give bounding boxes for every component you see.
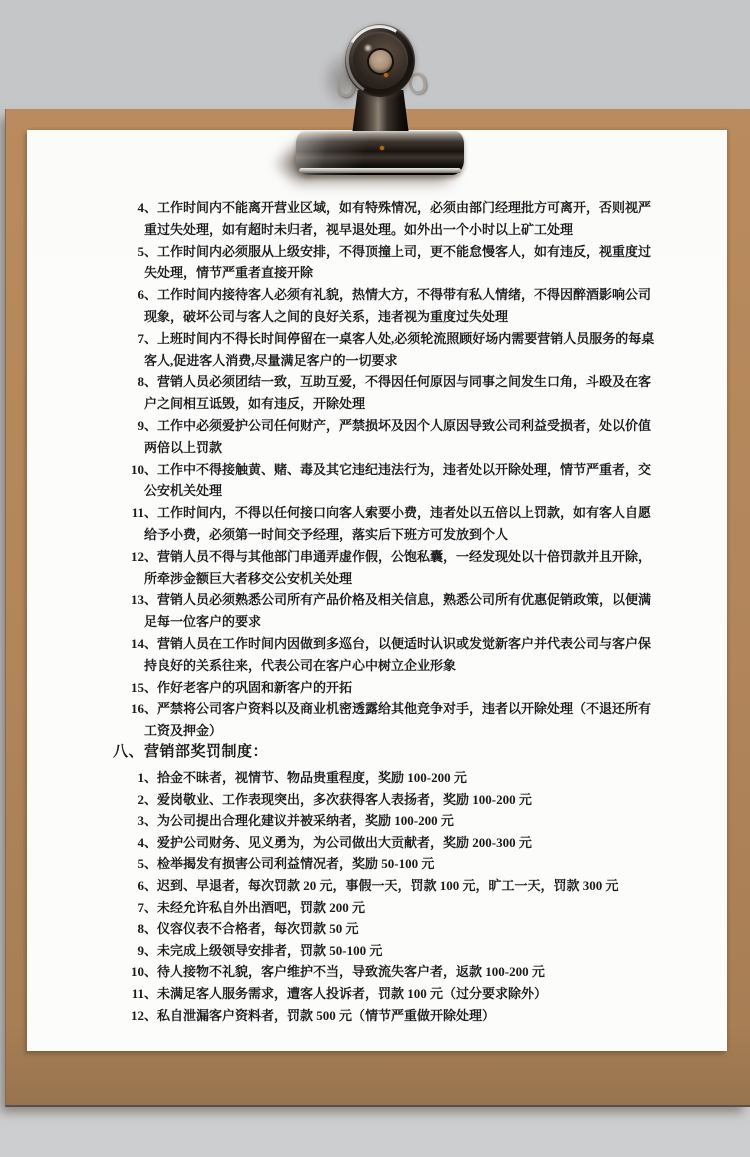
- rule-item: 7、未经允许私自外出酒吧，罚款 200 元: [104, 897, 656, 919]
- rule-text: 爱岗敬业、工作表现突出，多次获得客人表扬者，奖励 100-200 元: [157, 792, 532, 807]
- rule-text: 营销人员必须团结一致，互助互爱，不得因任何原因与同事之间发生口角，斗殴及在客户之…: [144, 374, 651, 411]
- rule-item: 5、工作时间内必须服从上级安排，不得顶撞上司，更不能怠慢客人，如有违反，视重度过…: [104, 241, 656, 285]
- rule-item: 6、工作时间内接待客人必须有礼貌，热情大方，不得带有私人情绪，不得因醉酒影响公司…: [104, 284, 656, 328]
- rule-number: 5、: [104, 853, 157, 875]
- reward-penalty-list: 1、拾金不昧者，视情节、物品贵重程度，奖励 100-200 元2、爱岗敬业、工作…: [104, 767, 656, 1026]
- clip-glint: [365, 45, 371, 51]
- rule-item: 4、工作时间内不能离开营业区域，如有特殊情况，必须由部门经理批方可离开，否则视严…: [104, 197, 656, 241]
- rule-item: 11、工作时间内，不得以任何接口向客人索要小费，违者处以五倍以上罚款，如有客人自…: [104, 502, 656, 546]
- rule-item: 12、营销人员不得与其他部门串通弄虚作假，公饱私囊，一经发现处以十倍罚款并且开除…: [104, 546, 656, 590]
- rule-number: 4、: [104, 197, 157, 219]
- conduct-rules-list: 4、工作时间内不能离开营业区域，如有特殊情况，必须由部门经理批方可离开，否则视严…: [104, 197, 656, 742]
- rule-text: 营销人员必须熟悉公司所有产品价格及相关信息，熟悉公司所有优惠促销政策，以便满足每…: [144, 592, 651, 629]
- rule-text: 未经允许私自外出酒吧，罚款 200 元: [157, 900, 365, 915]
- clip-clamp-bar: [296, 131, 464, 175]
- rule-text: 为公司提出合理化建议并被采纳者，奖励 100-200 元: [157, 813, 454, 828]
- rule-item: 5、检举揭发有损害公司利益情况者，奖励 50-100 元: [104, 853, 656, 875]
- rule-text: 工作中必须爱护公司任何财产，严禁损坏及因个人原因导致公司利益受损者，处以价值两倍…: [144, 418, 651, 455]
- rule-item: 7、上班时间内不得长时间停留在一桌客人处,必须轮流照顾好场内需要营销人员服务的每…: [104, 328, 656, 372]
- rule-text: 工作时间内不能离开营业区域，如有特殊情况，必须由部门经理批方可离开，否则视严重过…: [144, 200, 651, 237]
- clip-rivet-bottom: [380, 146, 384, 150]
- rule-number: 13、: [104, 589, 157, 611]
- rule-item: 8、仪容仪表不合格者，每次罚款 50 元: [104, 918, 656, 940]
- rule-text: 拾金不昧者，视情节、物品贵重程度，奖励 100-200 元: [157, 770, 467, 785]
- photo-scene: 4、工作时间内不能离开营业区域，如有特殊情况，必须由部门经理批方可离开，否则视严…: [0, 0, 750, 1157]
- rule-item: 14、营销人员在工作时间内因做到多巡台，以便适时认识或发觉新客户并代表公司与客户…: [104, 633, 656, 677]
- rule-text: 工作时间内必须服从上级安排，不得顶撞上司，更不能怠慢客人，如有违反，视重度过失处…: [144, 244, 651, 281]
- rule-text: 工作时间内接待客人必须有礼貌，热情大方，不得带有私人情绪，不得因醉酒影响公司现象…: [144, 287, 651, 324]
- rule-item: 4、爱护公司财务、见义勇为，为公司做出大贡献者，奖励 200-300 元: [104, 832, 656, 854]
- rule-number: 8、: [104, 371, 157, 393]
- rule-text: 未满足客人服务需求，遭客人投诉者，罚款 100 元（过分要求除外）: [157, 986, 547, 1001]
- rule-number: 7、: [104, 328, 157, 350]
- rule-text: 上班时间内不得长时间停留在一桌客人处,必须轮流照顾好场内需要营销人员服务的每桌客…: [144, 331, 654, 368]
- rule-number: 3、: [104, 810, 157, 832]
- rule-number: 12、: [104, 1005, 157, 1027]
- paper-sheet: 4、工作时间内不能离开营业区域，如有特殊情况，必须由部门经理批方可离开，否则视严…: [27, 130, 727, 1051]
- rule-number: 6、: [104, 284, 157, 306]
- rule-item: 13、营销人员必须熟悉公司所有产品价格及相关信息，熟悉公司所有优惠促销政策，以便…: [104, 589, 656, 633]
- rule-number: 16、: [104, 698, 157, 720]
- rule-item: 10、待人接物不礼貌，客户维护不当，导致流失客户者，返款 100-200 元: [104, 961, 656, 983]
- rule-text: 作好老客户的巩固和新客户的开拓: [157, 680, 352, 695]
- rule-text: 待人接物不礼貌，客户维护不当，导致流失客户者，返款 100-200 元: [157, 964, 545, 979]
- rule-text: 严禁将公司客户资料以及商业机密透露给其他竞争对手，违者以开除处理（不退还所有工资…: [144, 701, 651, 738]
- rule-number: 7、: [104, 897, 157, 919]
- rule-text: 私自泄漏客户资料者，罚款 500 元（情节严重做开除处理）: [157, 1008, 495, 1023]
- rule-text: 未完成上级领导安排者，罚款 50-100 元: [157, 943, 382, 958]
- rule-number: 12、: [104, 546, 157, 568]
- rule-item: 2、爱岗敬业、工作表现突出，多次获得客人表扬者，奖励 100-200 元: [104, 789, 656, 811]
- rule-item: 10、工作中不得接触黄、赌、毒及其它违纪违法行为，违者处以开除处理，情节严重者，…: [104, 459, 656, 503]
- rule-number: 4、: [104, 832, 157, 854]
- rule-number: 6、: [104, 875, 157, 897]
- rule-number: 11、: [104, 983, 157, 1005]
- rule-number: 5、: [104, 241, 157, 263]
- rule-text: 营销人员不得与其他部门串通弄虚作假，公饱私囊，一经发现处以十倍罚款并且开除，所牵…: [144, 549, 651, 586]
- rule-number: 10、: [104, 961, 157, 983]
- rule-text: 迟到、早退者，每次罚款 20 元，事假一天，罚款 100 元，旷工一天，罚款 3…: [157, 878, 619, 893]
- rule-number: 9、: [104, 415, 157, 437]
- rule-number: 9、: [104, 940, 157, 962]
- rule-number: 8、: [104, 918, 157, 940]
- clip-knob-hole: [369, 50, 392, 73]
- rule-item: 15、作好老客户的巩固和新客户的开拓: [104, 677, 656, 699]
- rule-text: 检举揭发有损害公司利益情况者，奖励 50-100 元: [157, 856, 434, 871]
- rule-text: 营销人员在工作时间内因做到多巡台，以便适时认识或发觉新客户并代表公司与客户保持良…: [144, 636, 651, 673]
- rule-item: 8、营销人员必须团结一致，互助互爱，不得因任何原因与同事之间发生口角，斗殴及在客…: [104, 371, 656, 415]
- rule-item: 3、为公司提出合理化建议并被采纳者，奖励 100-200 元: [104, 810, 656, 832]
- rule-item: 11、未满足客人服务需求，遭客人投诉者，罚款 100 元（过分要求除外）: [104, 983, 656, 1005]
- rule-text: 工作中不得接触黄、赌、毒及其它违纪违法行为，违者处以开除处理，情节严重者，交公安…: [144, 462, 651, 499]
- section-heading: 八、营销部奖罚制度：: [113, 740, 268, 764]
- rule-item: 9、工作中必须爱护公司任何财产，严禁损坏及因个人原因导致公司利益受损者，处以价值…: [104, 415, 656, 459]
- rule-item: 12、私自泄漏客户资料者，罚款 500 元（情节严重做开除处理）: [104, 1005, 656, 1027]
- rule-text: 工作时间内，不得以任何接口向客人索要小费，违者处以五倍以上罚款，如有客人自愿给予…: [144, 505, 651, 542]
- rule-number: 15、: [104, 677, 157, 699]
- rule-item: 16、严禁将公司客户资料以及商业机密透露给其他竞争对手，违者以开除处理（不退还所…: [104, 698, 656, 742]
- rule-item: 6、迟到、早退者，每次罚款 20 元，事假一天，罚款 100 元，旷工一天，罚款…: [104, 875, 656, 897]
- clip-rivet-top: [384, 73, 388, 77]
- rule-text: 仪容仪表不合格者，每次罚款 50 元: [157, 921, 359, 936]
- rule-number: 14、: [104, 633, 157, 655]
- rule-item: 1、拾金不昧者，视情节、物品贵重程度，奖励 100-200 元: [104, 767, 656, 789]
- rule-number: 2、: [104, 789, 157, 811]
- rule-text: 爱护公司财务、见义勇为，为公司做出大贡献者，奖励 200-300 元: [157, 835, 532, 850]
- rule-item: 9、未完成上级领导安排者，罚款 50-100 元: [104, 940, 656, 962]
- rule-number: 10、: [104, 459, 157, 481]
- rule-number: 1、: [104, 767, 157, 789]
- rule-number: 11、: [104, 502, 157, 524]
